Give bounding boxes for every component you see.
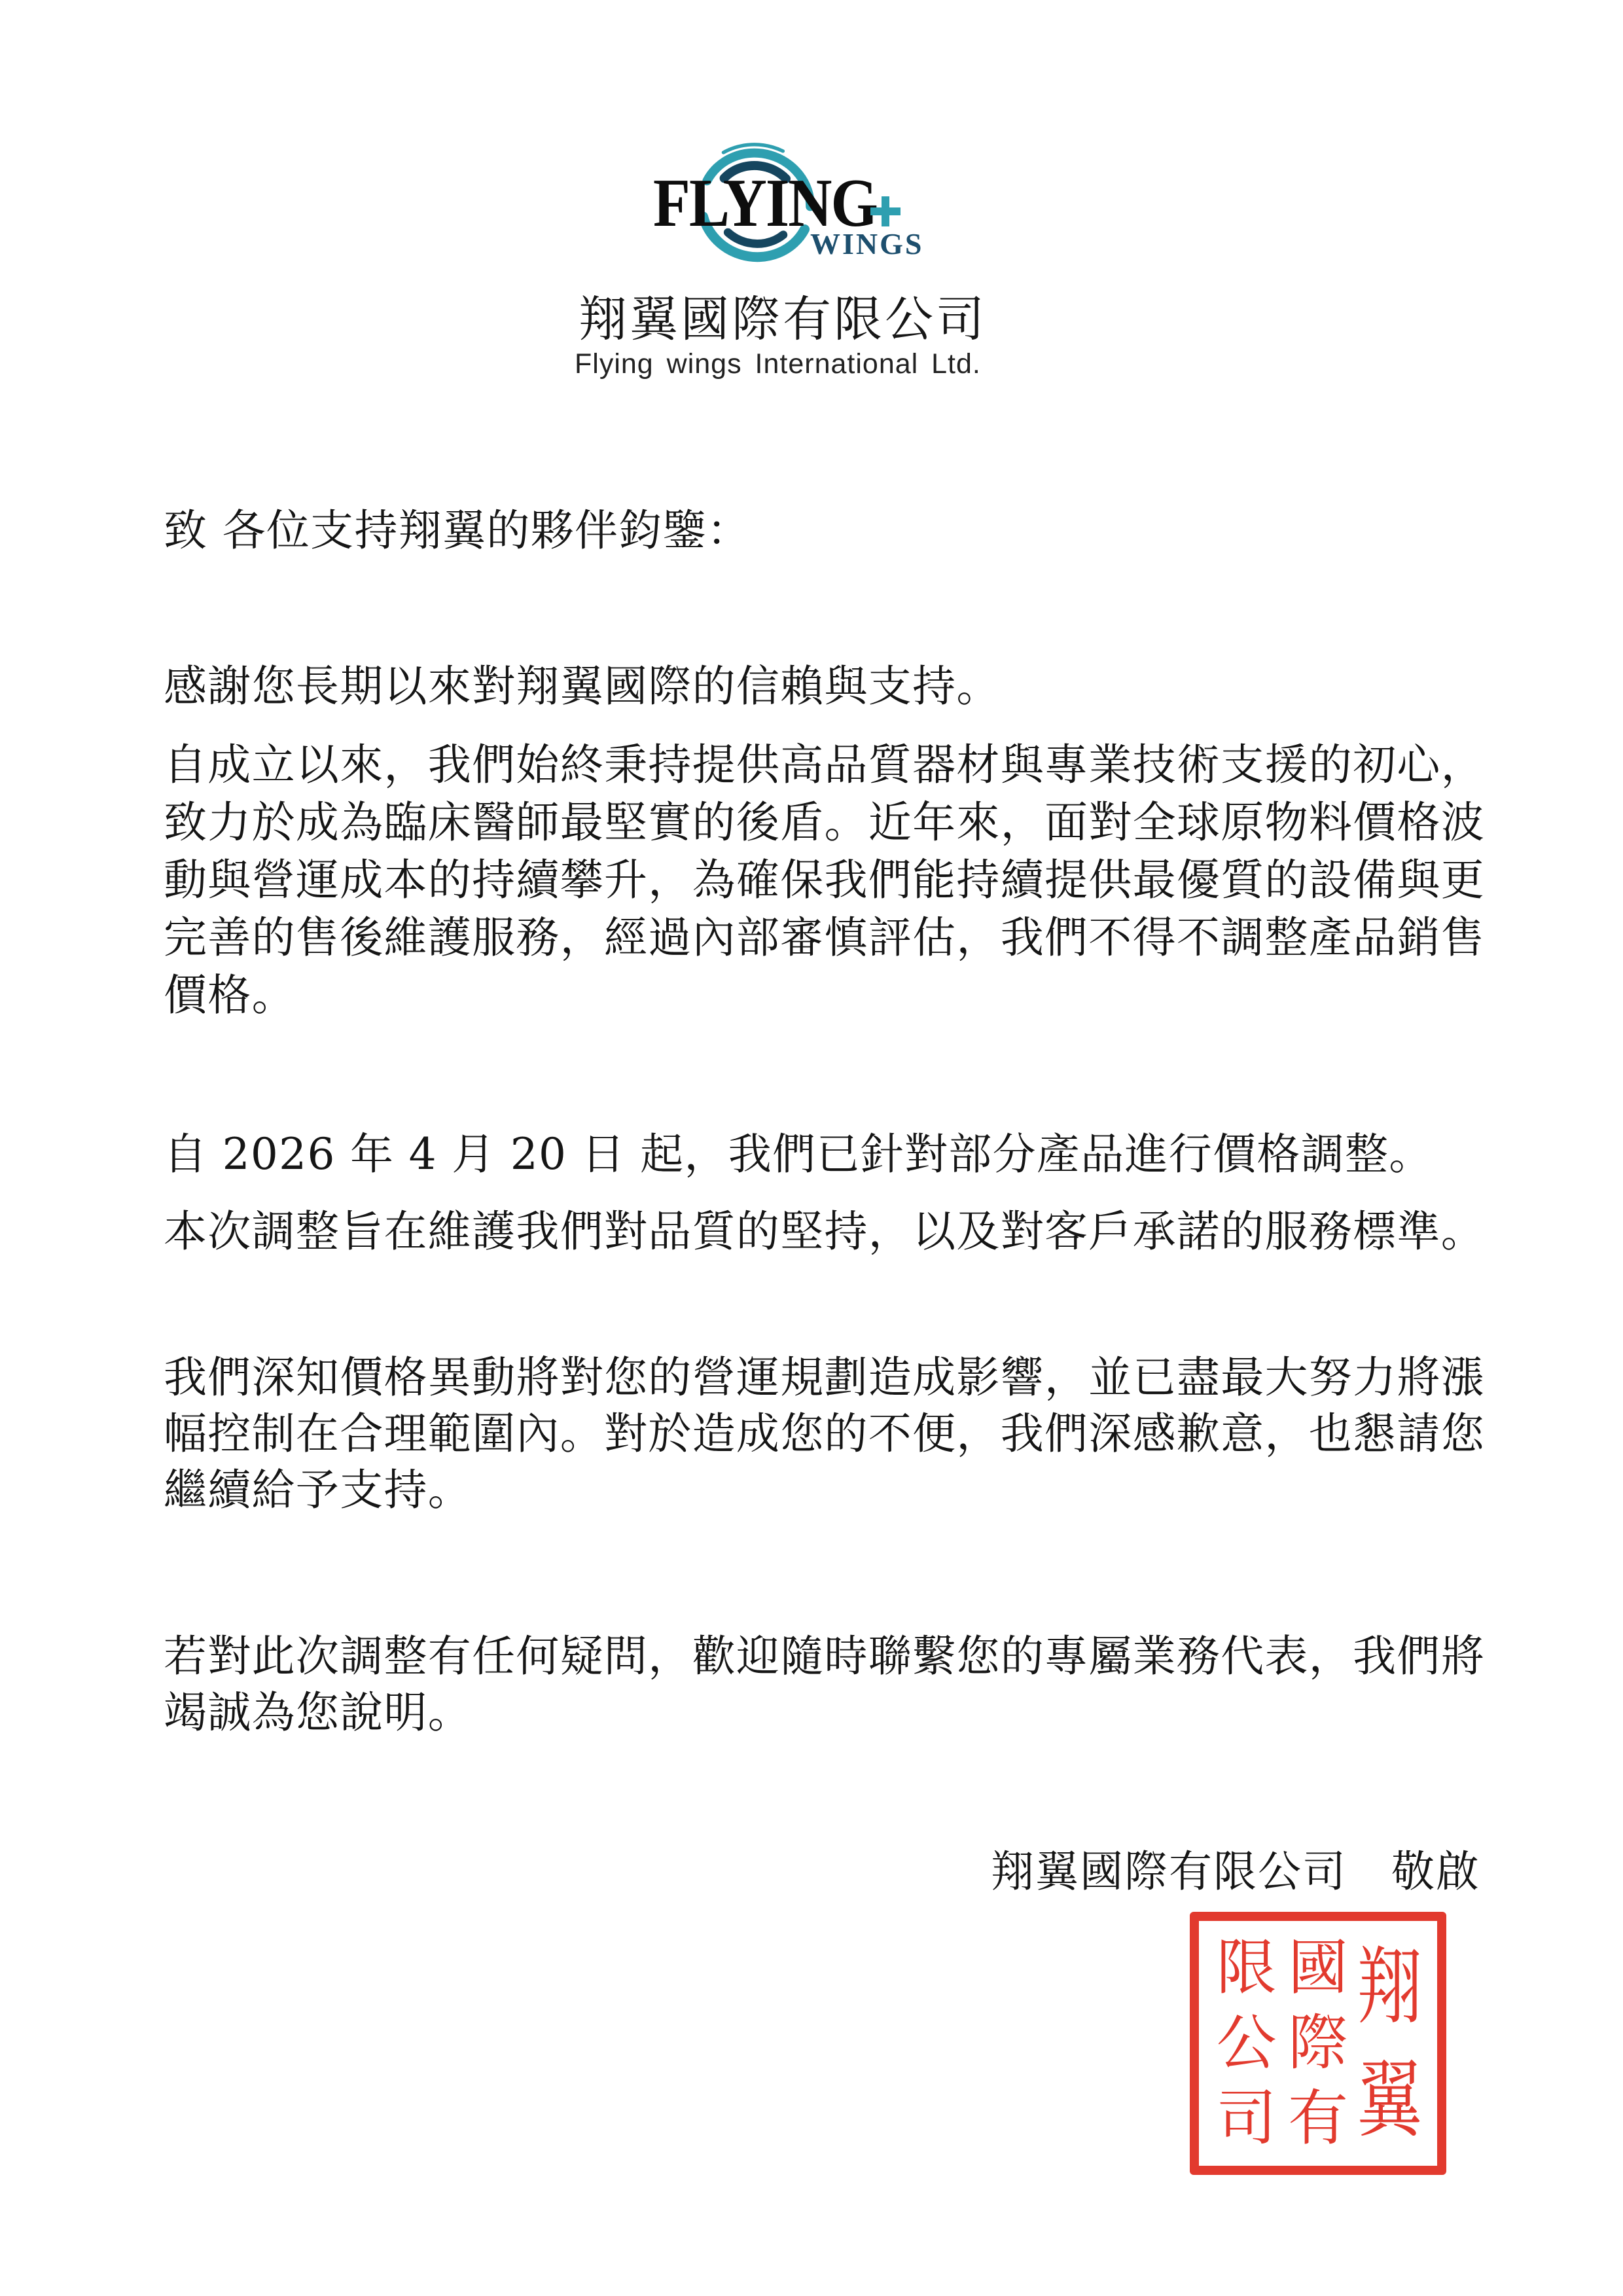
salutation-line: 致 各位支持翔翼的夥伴鈞鑒： xyxy=(164,504,1486,558)
seal-char: 限 xyxy=(1217,1938,1277,1998)
logo-plus-icon xyxy=(870,196,901,226)
paragraph-founding-line-3: 動與營運成本的持續攀升，為確保我們能持續提供最優質的設備與更 xyxy=(164,853,1486,908)
company-name-english: Flying wings International Ltd. xyxy=(575,350,993,379)
paragraph-founding-line-5: 價格。 xyxy=(164,969,1486,1023)
seal-char: 國 xyxy=(1288,1938,1348,1998)
company-seal-stamp: 翔 翼 國 際 有 限 公 司 xyxy=(1190,1912,1446,2175)
signature-line: 翔翼國際有限公司 敬啟 xyxy=(164,1837,1480,1899)
seal-column-middle: 國 際 有 xyxy=(1282,1930,1353,2157)
seal-char: 翔 xyxy=(1357,1945,1422,2029)
letter-page: FLYING WINGS 翔翼國際有限公司 Flying wings Inter… xyxy=(0,0,1623,2296)
paragraph-date-line: 自 2026 年 4 月 20 日 起，我們已針對部分產品進行價格調整。 xyxy=(164,1128,1486,1182)
seal-char: 公 xyxy=(1217,2013,1277,2073)
paragraph-founding-line-2: 致力於成為臨床醫師最堅實的後盾。近年來，面對全球原物料價格波 xyxy=(164,796,1486,850)
paragraph-apology-line-3: 繼續給予支持。 xyxy=(164,1463,1486,1518)
paragraph-contact-line-1: 若對此次調整有任何疑問，歡迎隨時聯繫您的專屬業務代表，我們將 xyxy=(164,1630,1486,1684)
paragraph-founding-line-1: 自成立以來，我們始終秉持提供高品質器材與專業技術支援的初心， xyxy=(164,738,1486,793)
paragraph-apology-line-1: 我們深知價格異動將對您的營運規劃造成影響，並已盡最大努力將漲 xyxy=(164,1351,1486,1405)
company-name-chinese: 翔翼國際有限公司 xyxy=(579,295,984,346)
seal-column-left: 限 公 司 xyxy=(1211,1930,1282,2157)
paragraph-purpose-line: 本次調整旨在維護我們對品質的堅持，以及對客戶承諾的服務標準。 xyxy=(164,1205,1486,1259)
paragraph-founding-line-4: 完善的售後維護服務，經過內部審慎評估，我們不得不調整產品銷售 xyxy=(164,911,1486,965)
paragraph-apology-line-2: 幅控制在合理範圍內。對於造成您的不便，我們深感歉意，也懇請您 xyxy=(164,1407,1486,1462)
seal-char: 司 xyxy=(1217,2089,1277,2149)
seal-column-right: 翔 翼 xyxy=(1354,1930,1425,2157)
logo-word-wings: WINGS xyxy=(810,229,923,259)
paragraph-thanks-line: 感謝您長期以來對翔翼國際的信賴與支持。 xyxy=(164,660,1486,714)
seal-char: 翼 xyxy=(1357,2058,1422,2142)
paragraph-contact-line-2: 竭誠為您說明。 xyxy=(164,1686,1486,1740)
seal-char: 有 xyxy=(1288,2089,1348,2149)
seal-char: 際 xyxy=(1288,2013,1348,2073)
